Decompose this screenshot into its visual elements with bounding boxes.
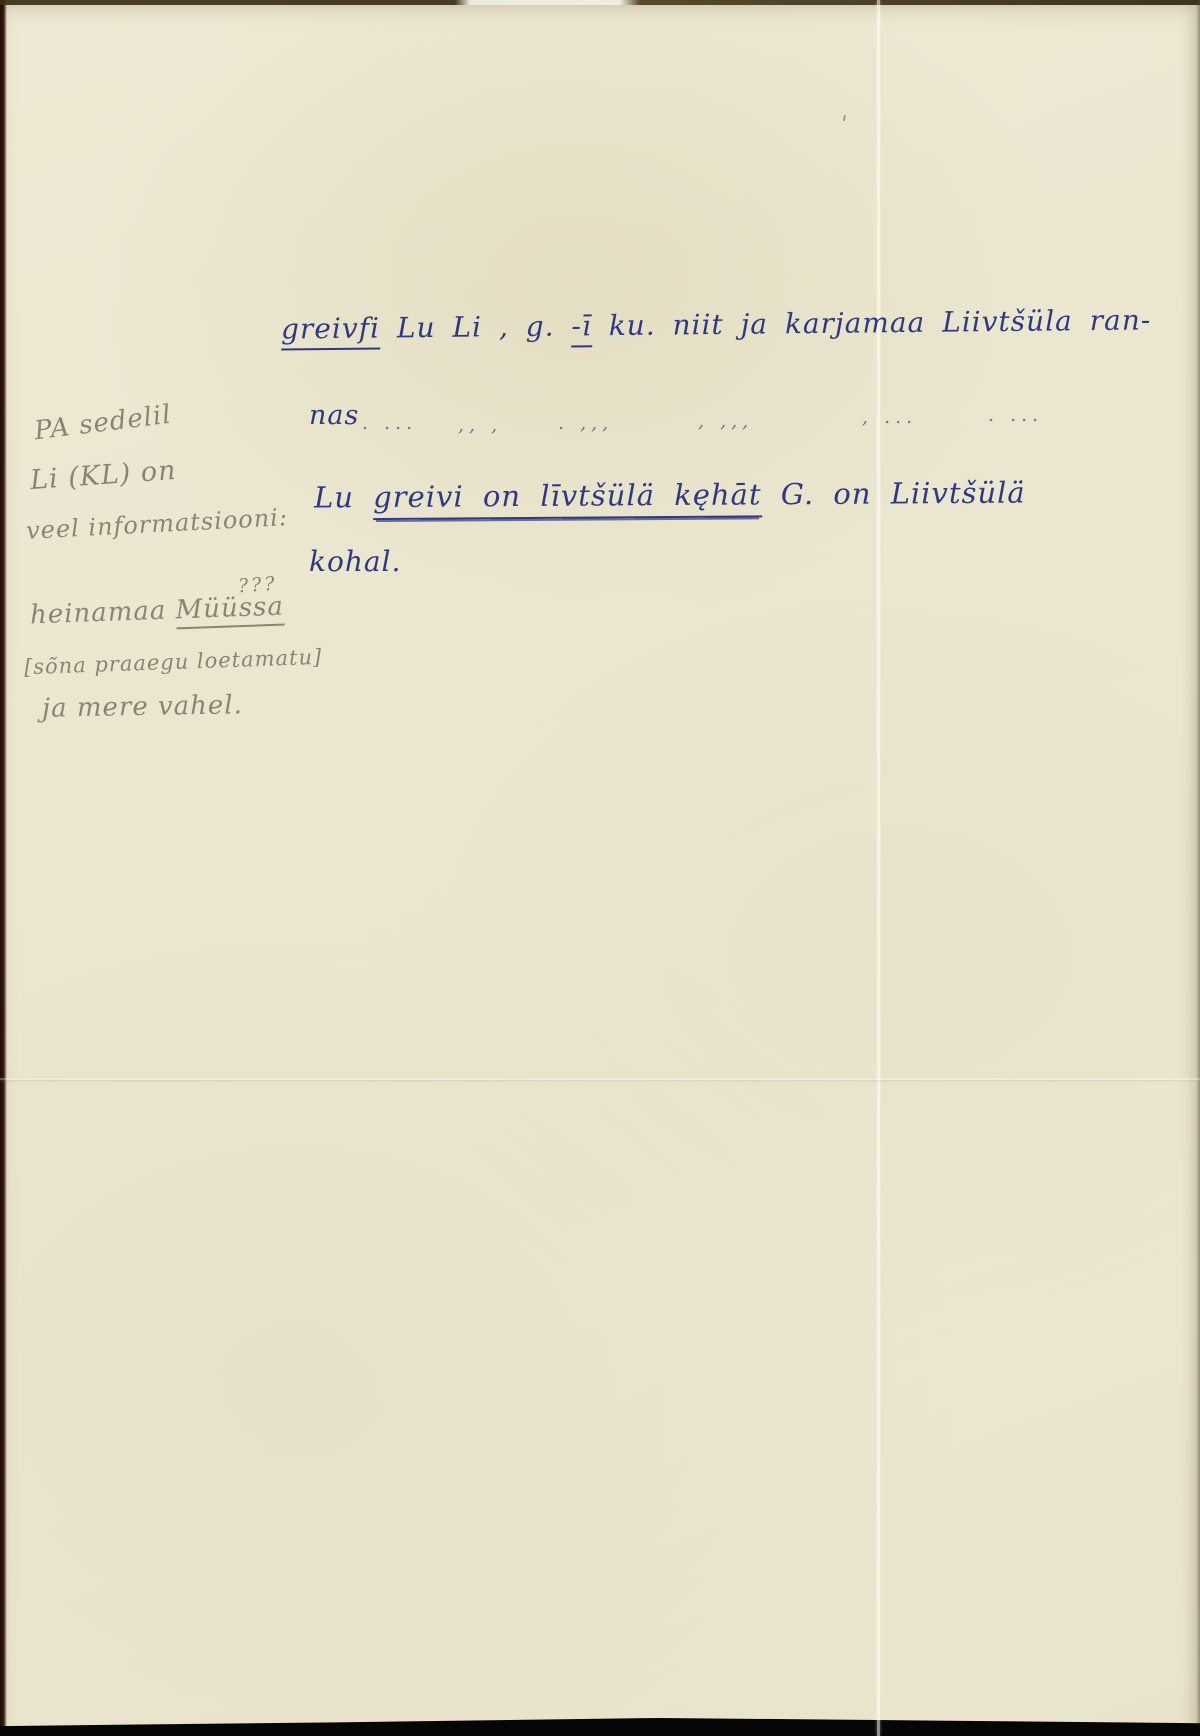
genitive-ending-underlined: -ī [571, 309, 592, 347]
headword-dialect-abbrev: Lu Li , g. [380, 310, 572, 345]
example-continuation: G. on Liivtšülä [761, 476, 1025, 512]
scan-edge-left [0, 0, 7, 1736]
pencil-note-line-1: PA sedelil [33, 400, 173, 447]
headword-underlined: greivfi [281, 312, 380, 351]
example-phrase-underlined: greivi on līvtšülä kęhāt [373, 477, 762, 520]
horizontal-paper-crease [0, 1078, 1200, 1080]
ink-entry-line-4: kohal. [309, 545, 401, 578]
ink-entry-line-2-word: nas [309, 400, 359, 431]
ink-entry-line-1: greivfi Lu Li , g. -ī ku. niit ja karjam… [281, 303, 1152, 345]
pencil-note-bracketed-remark: [sõna praaegu loetamatu] [24, 645, 323, 679]
example-dialect-abbrev: Lu [314, 480, 373, 514]
pencil-note-line-2: Li (KL) on [29, 455, 177, 496]
scan-edge-right [1196, 0, 1200, 1736]
ink-example-sentence-line: Lu greivi on līvtšülä kęhāt G. on Liivtš… [314, 476, 1026, 515]
ditto-marks-2: ,, , [458, 414, 502, 436]
scan-edge-top [0, 0, 1200, 5]
stray-pencil-tick: ' [837, 112, 849, 138]
pencil-note-line-4: heinamaa Müüssa [30, 592, 285, 631]
pencil-note-line-6: ja mere vahel. [42, 690, 243, 724]
entry-definition-text: ku. niit ja karjamaa Liivtšüla ran- [592, 303, 1152, 342]
scan-edge-bottom [0, 1714, 1200, 1736]
pencil-note-line-3: veel informatsiooni: [25, 503, 288, 545]
ditto-marks-3: . ,,, [558, 412, 613, 434]
ditto-marks-1: . ... [362, 412, 417, 434]
ditto-marks-4: , ,,, [698, 410, 753, 432]
pencil-word-heinamaa: heinamaa [30, 595, 177, 630]
vertical-paper-crease [877, 0, 880, 1736]
scanned-paper-page: greivfi Lu Li , g. -ī ku. niit ja karjam… [0, 0, 1200, 1736]
ditto-marks-6: . ... [988, 404, 1043, 426]
pencil-word-muussa-underlined: Müüssa [175, 592, 284, 630]
ditto-marks-5: , ... [862, 406, 917, 428]
